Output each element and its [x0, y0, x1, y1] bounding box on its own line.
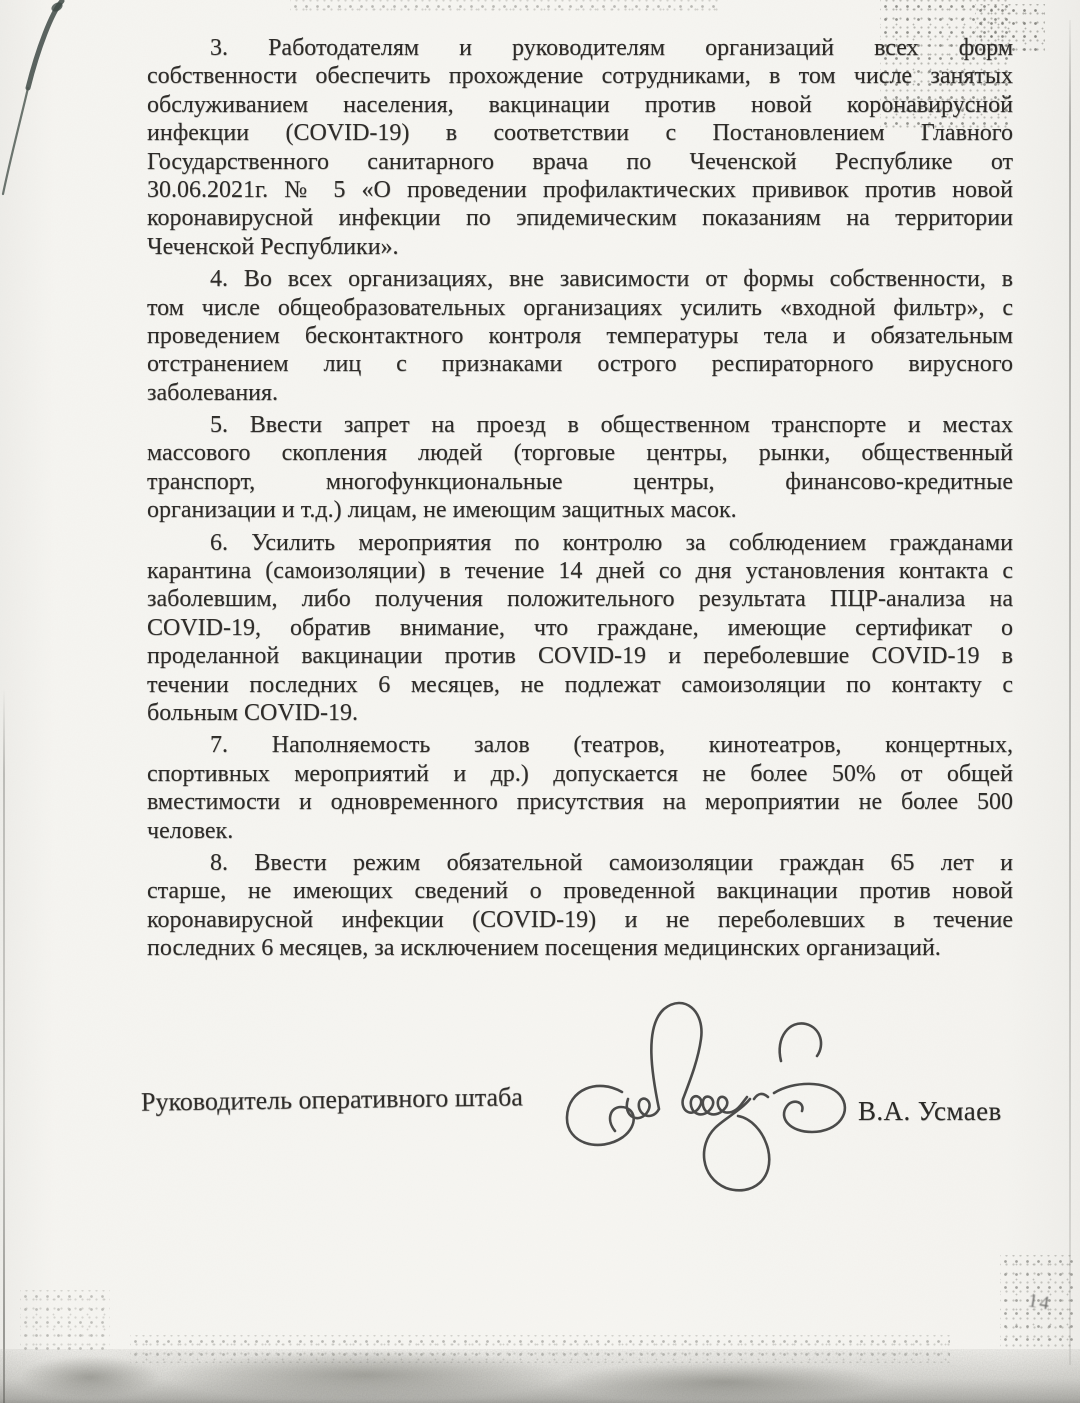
scan-smudge	[560, 1362, 890, 1402]
paragraph-item-6: 6. Усилить мероприятия по контролю за со…	[147, 529, 1013, 728]
pen-stroke-artifact	[0, 0, 80, 200]
scan-smudge	[20, 1356, 160, 1398]
scanned-document-page: 3. Работодателям и руководителям организ…	[0, 0, 1080, 1403]
handwritten-page-note: 14	[1026, 1290, 1052, 1315]
paragraph-line: COVID-19, обратив внимание, что граждане…	[147, 614, 1013, 642]
paper-edge-left	[3, 688, 5, 1403]
paragraph-line: 30.06.2021г. № 5 «О проведении профилакт…	[147, 176, 1013, 204]
scan-speckle	[130, 1335, 950, 1363]
paragraph-line: 8. Ввести режим обязательной самоизоляци…	[147, 849, 1013, 877]
scan-speckle	[290, 0, 720, 16]
paragraph-line: человек.	[147, 817, 1013, 845]
paragraph-item-5: 5. Ввести запрет на проезд в общественно…	[147, 411, 1013, 525]
paragraph-line: 4. Во всех организациях, вне зависимости…	[147, 265, 1013, 293]
paragraph-line: 6. Усилить мероприятия по контролю за со…	[147, 529, 1013, 557]
paragraph-line: коронавирусной инфекции по эпидемическим…	[147, 204, 1013, 232]
paper-edge-right	[1069, 20, 1071, 1365]
paragraph-line: 7. Наполняемость залов (театров, кинотеа…	[147, 731, 1013, 759]
document-body: 3. Работодателям и руководителям организ…	[147, 34, 1013, 967]
paragraph-line: коронавирусной инфекции (COVID-19) и не …	[147, 906, 1013, 934]
paragraph-line: последних 6 месяцев, за исключением посе…	[147, 934, 1013, 962]
paragraph-line: проделанной вакцинации против COVID-19 и…	[147, 642, 1013, 670]
paragraph-line: организации и т.д.) лицам, не имеющим за…	[147, 496, 1013, 524]
paragraph-item-3: 3. Работодателям и руководителям организ…	[147, 34, 1013, 261]
signatory-role-label: Руководитель оперативного штаба	[141, 1082, 523, 1117]
scan-smudge	[165, 1350, 565, 1400]
handwritten-signature-icon	[540, 995, 860, 1210]
paragraph-line: отстранением лиц с признаками острого ре…	[147, 350, 1013, 378]
scan-speckle	[20, 1290, 110, 1350]
paragraph-line: заболевшим, либо получения положительног…	[147, 585, 1013, 613]
paragraph-line: собственности обеспечить прохождение сот…	[147, 62, 1013, 90]
paragraph-line: Чеченской Республики».	[147, 233, 1013, 261]
paragraph-line: заболевания.	[147, 379, 1013, 407]
paragraph-line: течении последних 6 месяцев, не подлежат…	[147, 671, 1013, 699]
paragraph-line: спортивных мероприятий и др.) допускаетс…	[147, 760, 1013, 788]
paragraph-line: обслуживанием населения, вакцинации прот…	[147, 91, 1013, 119]
paragraph-line: старше, не имеющих сведений о проведенно…	[147, 877, 1013, 905]
paragraph-line: массового скопления людей (торговые цент…	[147, 439, 1013, 467]
paragraph-line: инфекции (COVID-19) в соответствии с Пос…	[147, 119, 1013, 147]
paragraph-line: вместимости и одновременного присутствия…	[147, 788, 1013, 816]
paragraph-line: Государственного санитарного врача по Че…	[147, 148, 1013, 176]
paragraph-line: 5. Ввести запрет на проезд в общественно…	[147, 411, 1013, 439]
paragraph-item-4: 4. Во всех организациях, вне зависимости…	[147, 265, 1013, 407]
paragraph-line: том числе общеобразовательных организаци…	[147, 294, 1013, 322]
paragraph-line: больным COVID-19.	[147, 699, 1013, 727]
signatory-name: В.А. Усмаев	[858, 1096, 1002, 1127]
paragraph-item-8: 8. Ввести режим обязательной самоизоляци…	[147, 849, 1013, 963]
paragraph-line: проведением бесконтактного контроля темп…	[147, 322, 1013, 350]
paragraph-line: 3. Работодателям и руководителям организ…	[147, 34, 1013, 62]
paragraph-line: транспорт, многофункциональные центры, ф…	[147, 468, 1013, 496]
paragraph-item-7: 7. Наполняемость залов (театров, кинотеа…	[147, 731, 1013, 845]
scan-noise-band	[0, 1349, 1080, 1403]
paragraph-line: карантина (самоизоляции) в течение 14 дн…	[147, 557, 1013, 585]
